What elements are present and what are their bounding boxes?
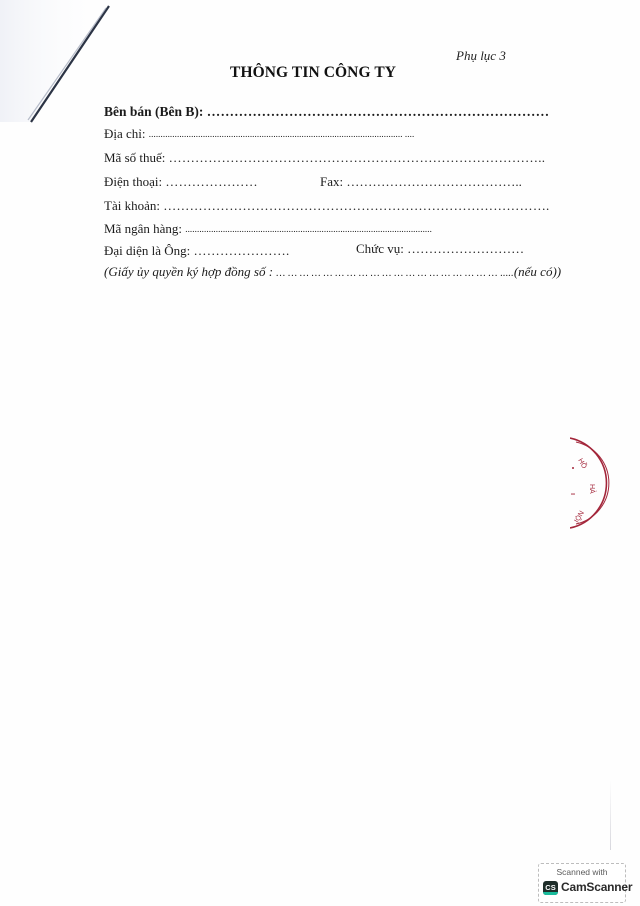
camscanner-logo-icon: CS xyxy=(543,881,558,895)
seller-value: ………………………………………………………………… xyxy=(207,104,550,119)
address-label: Địa chỉ: xyxy=(104,126,146,141)
field-authorization: (Giấy ủy quyền ký hợp đồng số : … … … … … xyxy=(104,264,561,280)
address-value: ........................................… xyxy=(149,129,415,139)
appendix-label: Phụ lục 3 xyxy=(456,48,506,64)
representative-label: Đại diện là Ông: xyxy=(104,243,190,258)
field-address: Địa chỉ: ...............................… xyxy=(104,126,414,142)
field-seller: Bên bán (Bên B): ……………………………………………………………… xyxy=(104,104,549,120)
svg-text:HÀ: HÀ xyxy=(588,484,597,494)
representative-value: …………………. xyxy=(194,243,290,258)
field-bank-code: Mã ngân hàng: ..........................… xyxy=(104,221,432,237)
account-label: Tài khoản: xyxy=(104,198,160,213)
field-position: Chức vụ: ……………………… xyxy=(356,241,524,257)
bank-code-value: ........................................… xyxy=(185,224,432,234)
phone-label: Điện thoại: xyxy=(104,174,162,189)
position-label: Chức vụ: xyxy=(356,241,404,256)
authorization-value: … … … … … … … … … … … … … … … … … … … ..… xyxy=(276,268,514,279)
svg-text:HỒ: HỒ xyxy=(576,456,590,471)
red-stamp-fragment: HỒ HÀ NỘI xyxy=(570,436,620,530)
field-fax: Fax: ………………………………….. xyxy=(320,174,522,190)
authorization-suffix: (nếu có)) xyxy=(514,264,561,279)
tax-code-label: Mã số thuế: xyxy=(104,150,165,165)
page-fold-shadow xyxy=(0,0,120,130)
fax-label: Fax: xyxy=(320,174,343,189)
fax-value: ………………………………….. xyxy=(346,174,522,189)
field-phone: Điện thoại: ………………… xyxy=(104,174,258,190)
seller-label: Bên bán (Bên B): xyxy=(104,104,203,119)
field-representative: Đại diện là Ông: …………………. xyxy=(104,243,289,259)
scanned-with-text: Scanned with xyxy=(539,867,625,877)
camscanner-name: CamScanner xyxy=(561,880,632,894)
bank-code-label: Mã ngân hàng: xyxy=(104,221,182,236)
scanned-page: Phụ lục 3 THÔNG TIN CÔNG TY Bên bán (Bên… xyxy=(0,0,640,906)
scan-edge-line xyxy=(610,780,611,850)
document-title: THÔNG TIN CÔNG TY xyxy=(230,64,396,82)
field-tax-code: Mã số thuế: …………………………………………………………………………… xyxy=(104,150,545,166)
authorization-label: (Giấy ủy quyền ký hợp đồng số : xyxy=(104,264,273,279)
position-value: ……………………… xyxy=(407,241,524,256)
tax-code-value: ………………………………………………………………………….. xyxy=(169,150,546,165)
camscanner-watermark: Scanned with CS CamScanner xyxy=(538,863,626,903)
account-value: ……………………………………………………………………………. xyxy=(163,198,549,213)
field-account: Tài khoản: ……………………………………………………………………………… xyxy=(104,198,549,214)
phone-value: ………………… xyxy=(165,174,257,189)
